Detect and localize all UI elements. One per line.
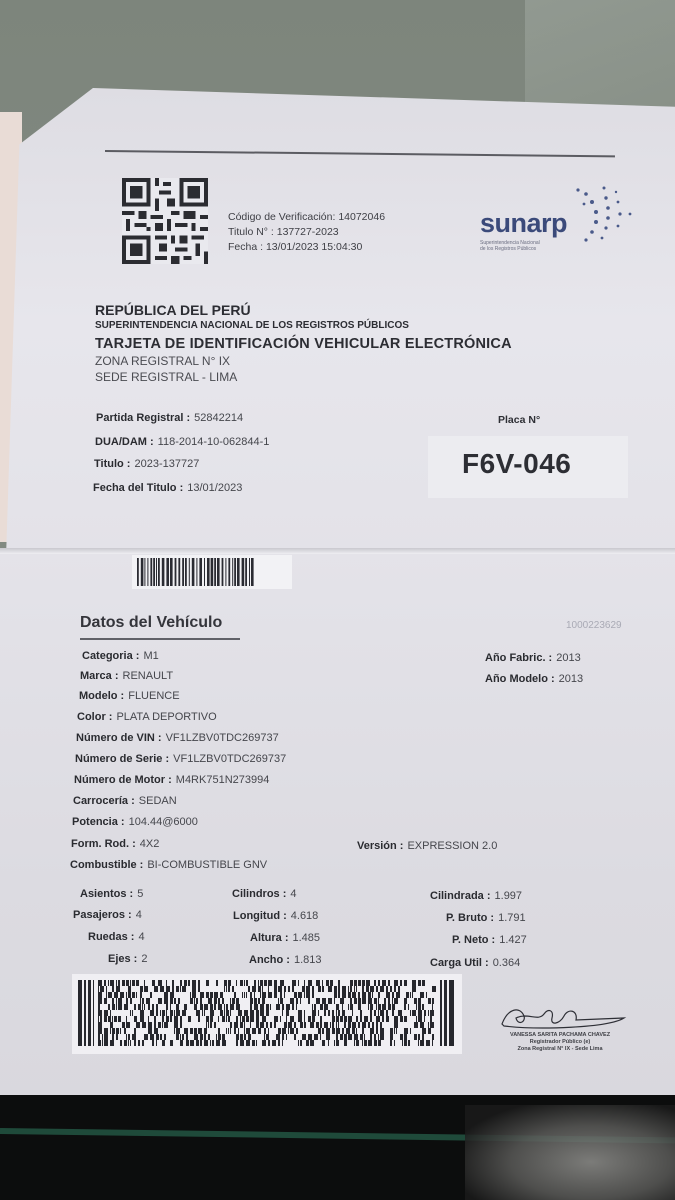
field-altura: Altura :1.485 — [250, 932, 320, 944]
qr-code-icon — [120, 178, 210, 264]
card-title: TARJETA DE IDENTIFICACIÓN VEHICULAR ELEC… — [95, 336, 512, 352]
field-anio-fabric: Año Fabric. :2013 — [485, 652, 581, 664]
issue-datetime: 13/01/2023 15:04:30 — [266, 241, 362, 253]
field-vin: Número de VIN :VF1LZBV0TDC269737 — [76, 732, 279, 744]
field-longitud: Longitud :4.618 — [233, 910, 318, 922]
logo-wordmark: sunarp — [480, 208, 567, 239]
field-color: Color :PLATA DEPORTIVO — [77, 711, 217, 723]
sunburst-icon — [556, 182, 636, 252]
field-ejes: Ejes :2 — [108, 953, 147, 965]
document-number: 1000223629 — [566, 620, 622, 631]
partida-registral: Partida Registral :52842214 — [96, 412, 243, 424]
registry-zone: ZONA REGISTRAL N° IX — [95, 354, 230, 368]
dua-dam: DUA/DAM :118-2014-10-062844-1 — [95, 436, 269, 448]
titulo-number: 137727-2023 — [277, 226, 339, 238]
field-form-rod: Form. Rod. :4X2 — [71, 838, 159, 850]
field-ruedas: Ruedas :4 — [88, 931, 145, 943]
field-p-bruto: P. Bruto :1.791 — [446, 912, 526, 924]
barcode-icon — [137, 558, 255, 586]
field-carroceria: Carrocería :SEDAN — [73, 795, 177, 807]
issue-datetime-line: Fecha : 13/01/2023 15:04:30 — [228, 240, 385, 255]
signatory-name: VANESSA SARITA PACHAMA CHAVEZ — [505, 1032, 615, 1039]
verification-code: 14072046 — [338, 211, 385, 223]
signatory-role: Registrador Público (e) — [505, 1039, 615, 1046]
field-potencia: Potencia :104.44@6000 — [72, 816, 198, 828]
field-cilindros: Cilindros :4 — [232, 888, 297, 900]
verification-block: Código de Verificación: 14072046 Titulo … — [228, 210, 385, 255]
fecha-titulo: Fecha del Titulo :13/01/2023 — [93, 482, 242, 494]
field-pasajeros: Pasajeros :4 — [73, 909, 142, 921]
agency-heading: SUPERINTENDENCIA NACIONAL DE LOS REGISTR… — [95, 320, 409, 331]
vehicle-section-title: Datos del Vehículo — [80, 614, 222, 632]
field-motor: Número de Motor :M4RK751N273994 — [74, 774, 269, 786]
registry-office: SEDE REGISTRAL - LIMA — [95, 370, 237, 384]
pdf417-barcode-icon — [78, 980, 454, 1046]
titulo: Titulo :2023-137727 — [94, 458, 199, 470]
paper-fold — [0, 548, 675, 554]
section-divider — [80, 638, 240, 640]
field-combustible: Combustible :BI-COMBUSTIBLE GNV — [70, 859, 267, 871]
field-modelo: Modelo :FLUENCE — [79, 690, 180, 702]
field-p-neto: P. Neto :1.427 — [452, 934, 527, 946]
background-shoe — [465, 1105, 675, 1200]
titulo-number-line: Titulo N° : 137727-2023 — [228, 225, 385, 240]
sunarp-logo: sunarp Superintendencia Nacional de los … — [478, 182, 638, 262]
logo-subtitle: Superintendencia Nacional de los Registr… — [480, 240, 560, 252]
field-cilindrada: Cilindrada :1.997 — [430, 890, 522, 902]
field-categoria: Categoria :M1 — [82, 650, 159, 662]
signature-icon — [498, 1002, 628, 1034]
field-version: Versión :EXPRESSION 2.0 — [357, 840, 497, 852]
field-ancho: Ancho :1.813 — [249, 954, 321, 966]
field-serie: Número de Serie :VF1LZBV0TDC269737 — [75, 753, 286, 765]
field-anio-modelo: Año Modelo :2013 — [485, 673, 583, 685]
field-asientos: Asientos :5 — [80, 888, 143, 900]
country-heading: REPÚBLICA DEL PERÚ — [95, 302, 251, 318]
verification-code-line: Código de Verificación: 14072046 — [228, 210, 385, 225]
field-marca: Marca :RENAULT — [80, 670, 173, 682]
plate-number: F6V-046 — [462, 448, 571, 480]
signatory-zone: Zona Registral N° IX - Sede Lima — [505, 1046, 615, 1053]
signatory-block: VANESSA SARITA PACHAMA CHAVEZ Registrado… — [505, 1032, 615, 1053]
plate-label: Placa N° — [498, 414, 540, 426]
field-carga-util: Carga Util :0.364 — [430, 957, 520, 969]
